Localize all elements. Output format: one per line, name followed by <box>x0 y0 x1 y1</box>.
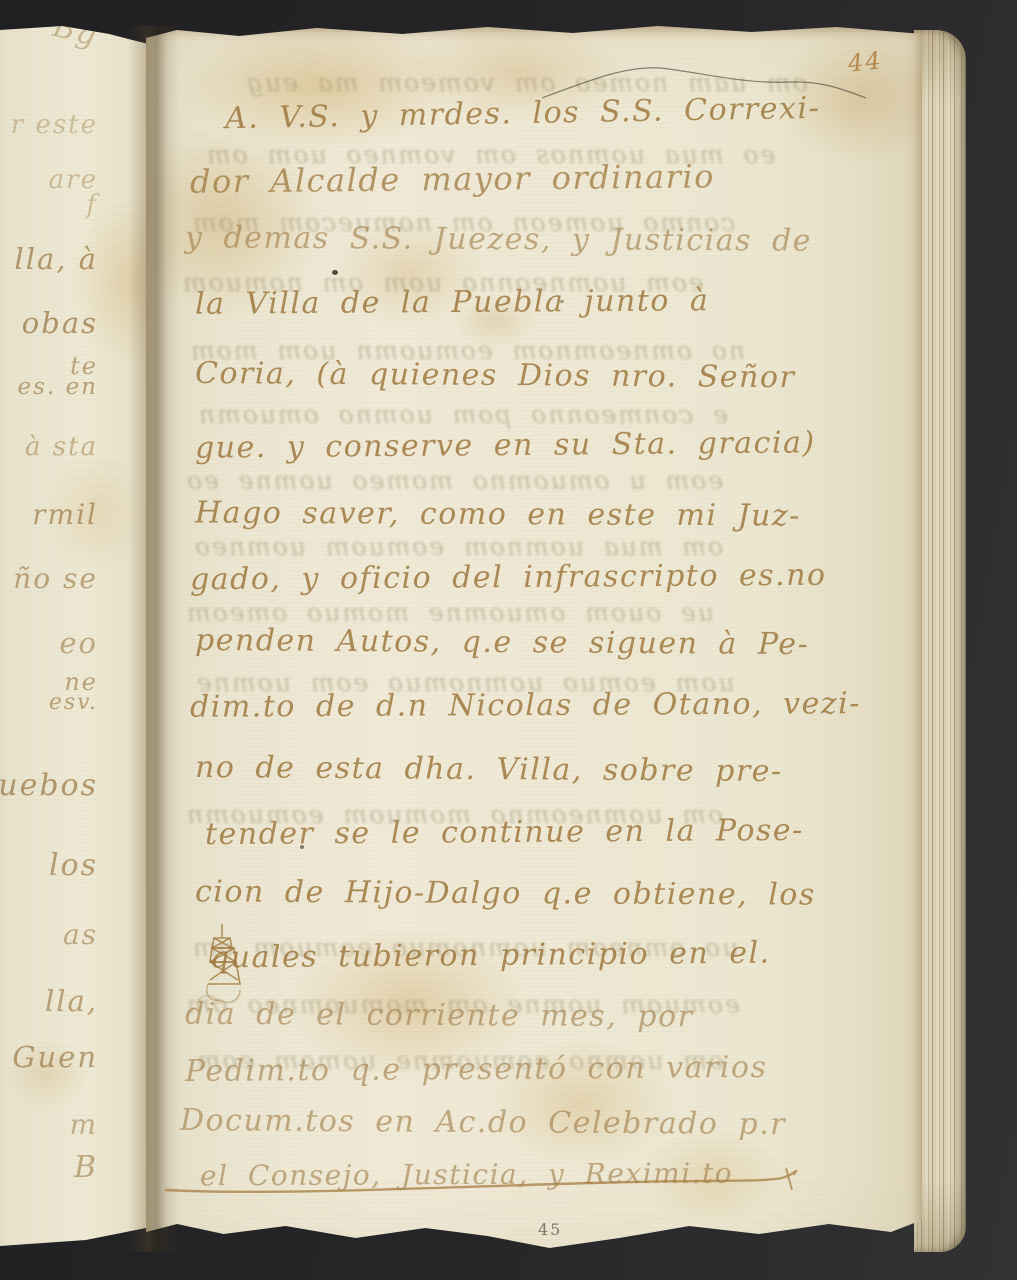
bleedthrough-fragment: lla, à <box>14 242 98 276</box>
manuscript-line: Coria, (à quienes Dios nro. Señor <box>195 356 796 395</box>
manuscript-line: el Consejo, Justicia, y Reximi.to <box>200 1157 733 1193</box>
bleedthrough-fragment: es. en <box>18 374 98 400</box>
bleedthrough-fragment: rmil <box>32 498 98 531</box>
manuscript-line: y demas S.S. Juezes, y Justicias de <box>185 220 812 258</box>
bleedthrough-fragment: ño se <box>13 562 98 595</box>
bleedthrough-text: eom u omuomno momeo uomne eo <box>185 466 723 495</box>
ink-speck <box>300 845 304 849</box>
bleedthrough-fragment: los <box>49 848 98 883</box>
bleedthrough-fragment: lla, <box>45 984 98 1018</box>
bleedthrough-fragment: B <box>74 1150 98 1185</box>
ink-speck <box>560 300 564 303</box>
bleedthrough-fragment: as <box>63 918 98 951</box>
manuscript-line: tender se le continue en la Pose- <box>205 813 804 852</box>
manuscript-line: dim.to de d.n Nicolas de Otano, vezi- <box>190 686 861 725</box>
bleedthrough-fragment: eo <box>59 626 98 660</box>
manuscript-line: penden Autos, q.e se siguen à Pe- <box>195 623 809 662</box>
manuscript-line: A. V.S. y mrdes. los S.S. Correxi- <box>225 91 821 136</box>
bleedthrough-fragment: m <box>69 1108 98 1141</box>
folio-number-bottom: 45 <box>538 1220 562 1239</box>
manuscript-line: dor Alcalde mayor ordinario <box>190 157 715 200</box>
manuscript-line: la Villa de la Puebla junto à <box>195 283 710 322</box>
manuscript-line: Docum.tos en Ac.do Celebrado p.r <box>180 1103 786 1142</box>
manuscript-line: no de esta dha. Villa, sobre pre- <box>195 750 783 789</box>
left-page-edge: Bg r este are f lla, à obas te es. en à … <box>0 0 156 1280</box>
manuscript-line: gado, y oficio del infrascripto es.no <box>190 558 827 597</box>
bleedthrough-fragment: Guen <box>12 1040 98 1074</box>
folio-number-top: 44 <box>847 46 884 77</box>
manuscript-line: Pedim.to q.e presentó con varios <box>185 1050 768 1089</box>
bleedthrough-fragment: esv. <box>49 690 98 715</box>
manuscript-line: gue. y conserve en su Sta. gracia) <box>195 425 816 465</box>
bleedthrough-fragment: à sta <box>25 432 98 462</box>
manuscript-line: Hago saver, como en este mi Juz- <box>195 495 801 533</box>
manuscript-line: quales tubieron principio en el. <box>210 936 771 976</box>
bleedthrough-fragment: obas <box>22 306 98 340</box>
bleedthrough-fragment: uebos <box>0 768 98 803</box>
manuscript-line: dia de el corriente mes, por <box>185 997 694 1035</box>
bleedthrough-text: om mua uomnom eomuom uomneo <box>193 532 723 561</box>
handwriting-layer: om uam nomeo om vomeom ma eug eo mua uom… <box>185 88 925 1248</box>
manuscript-line: cion de Hijo-Dalgo q.e obtiene, los <box>195 874 816 912</box>
ink-speck <box>332 270 338 275</box>
bleedthrough-fragment: f <box>86 190 98 220</box>
bleedthrough-fragment: r este <box>11 110 98 140</box>
bleedthrough-text: e conmeonno pom uomno omuomn <box>197 400 728 429</box>
